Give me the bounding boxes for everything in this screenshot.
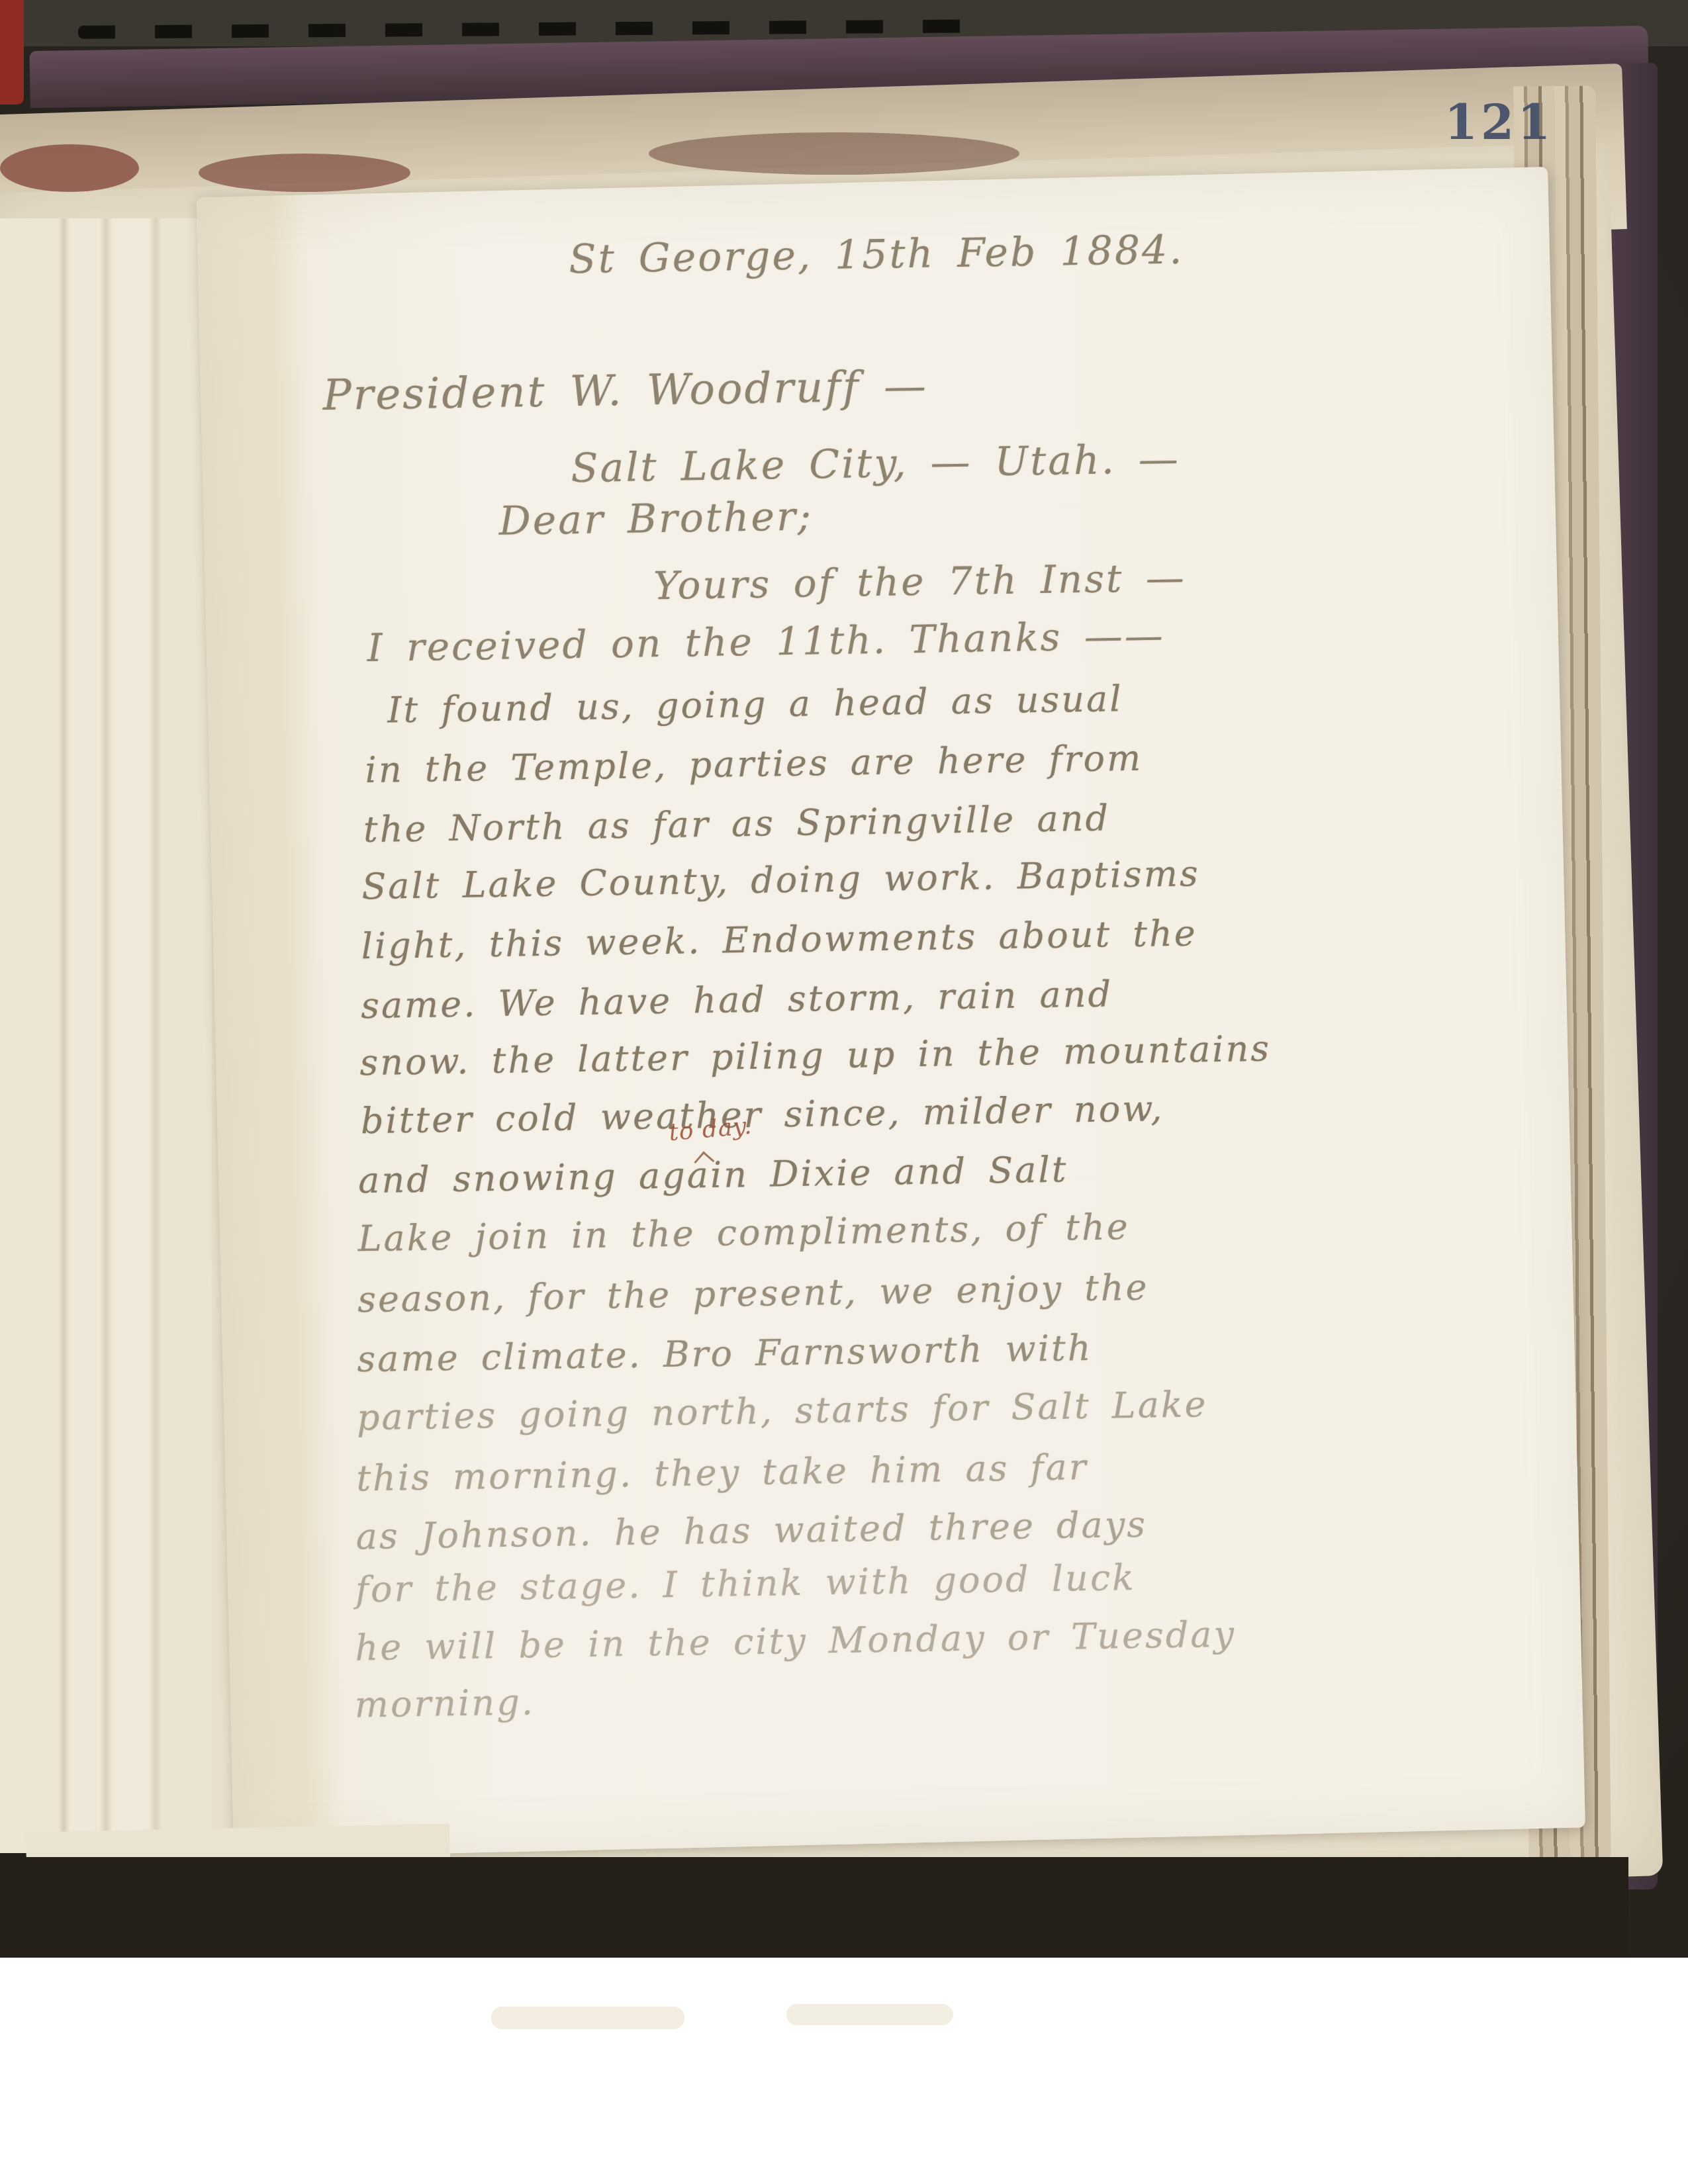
binding-wear-mark <box>0 144 139 192</box>
red-binding-edge <box>0 0 24 105</box>
folio-number-stamp: 121 <box>1444 94 1554 150</box>
scan-smudge <box>491 2007 684 2029</box>
photo-bottom-shadow <box>0 1857 1628 1958</box>
letter-sheet <box>197 167 1585 1858</box>
gutter-fold-creases <box>0 218 212 1853</box>
book-photo: 121 St George, 15th Feb 1884. President … <box>0 0 1688 1958</box>
binding-wear-mark <box>649 132 1019 175</box>
scan-smudge <box>786 2004 953 2025</box>
binding-wear-mark <box>199 154 410 192</box>
